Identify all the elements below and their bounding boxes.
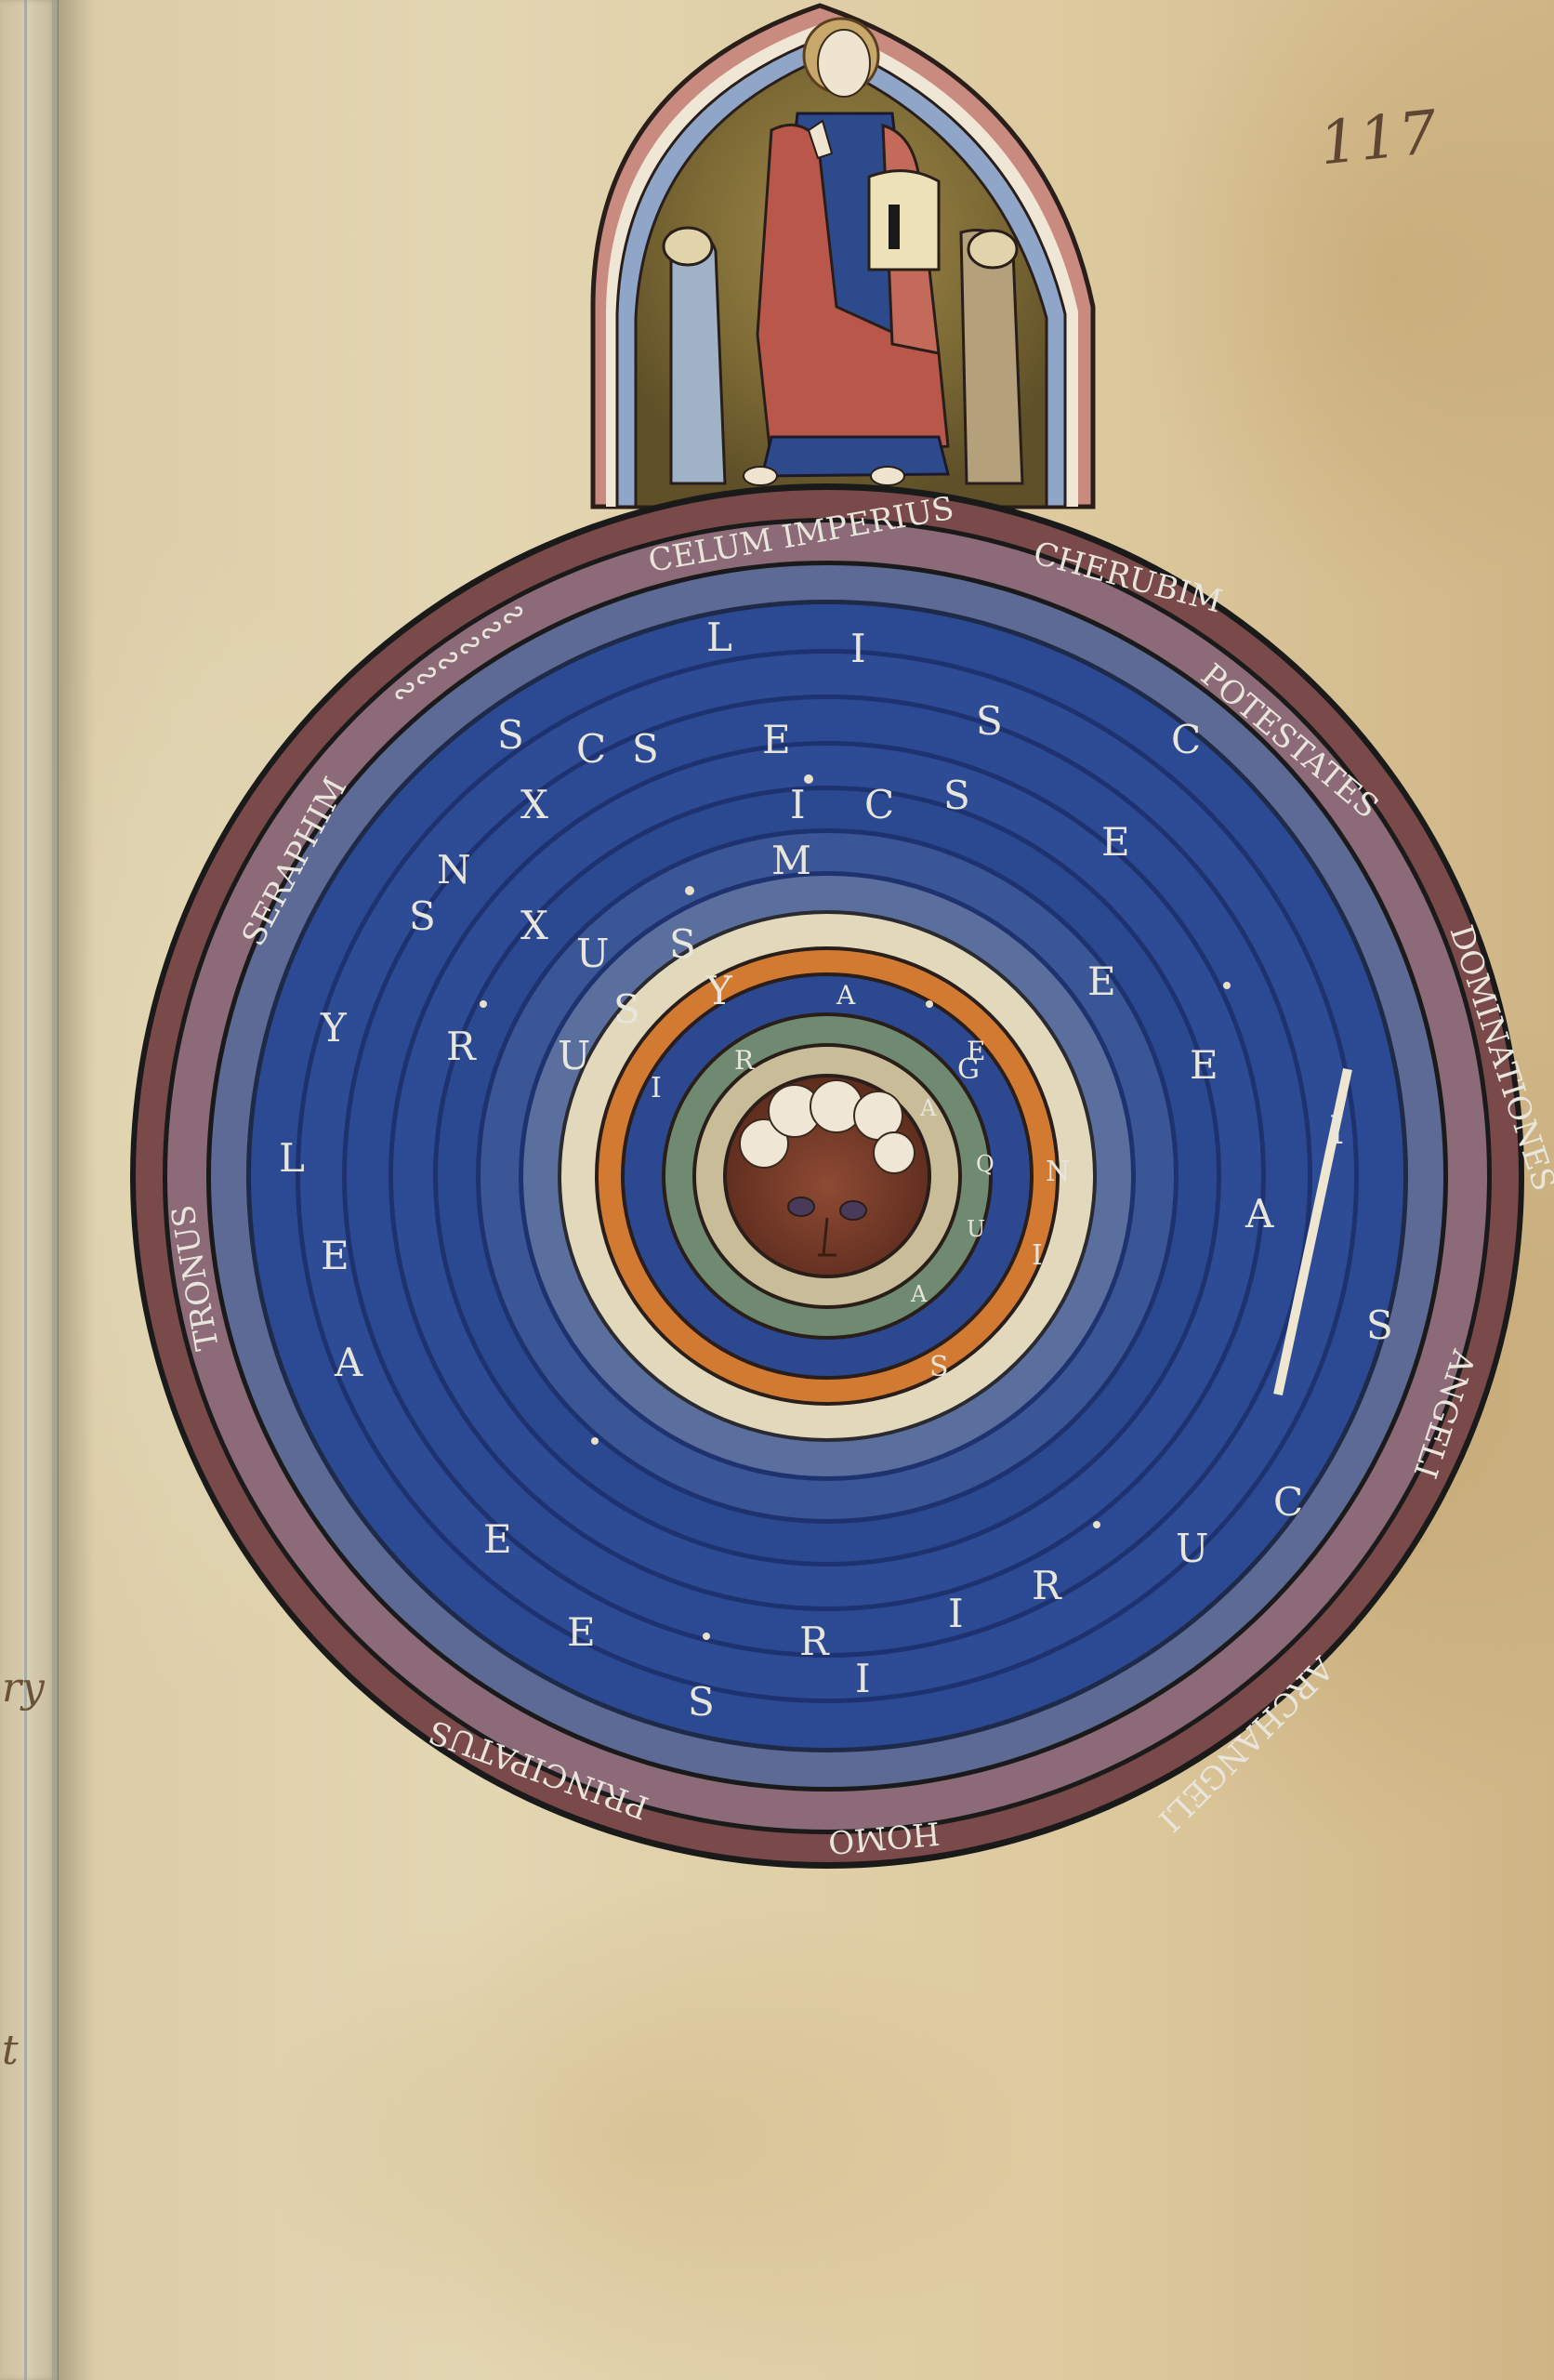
eye-icon — [840, 1201, 866, 1220]
svg-text:I: I — [1329, 1107, 1345, 1153]
svg-text:E: E — [321, 1233, 349, 1278]
svg-text:R: R — [799, 1619, 830, 1664]
svg-text:U: U — [576, 931, 609, 976]
svg-text:E: E — [483, 1516, 512, 1562]
svg-text:C: C — [1171, 717, 1201, 762]
svg-text:S: S — [929, 1351, 949, 1383]
svg-text:I: I — [850, 626, 866, 671]
svg-text:S: S — [669, 921, 696, 967]
svg-text:N: N — [1046, 1156, 1070, 1188]
svg-text:R: R — [1032, 1563, 1062, 1608]
svg-text:X: X — [520, 782, 548, 827]
svg-text:A: A — [910, 1281, 928, 1307]
svg-text:R: R — [446, 1024, 477, 1069]
svg-text:E: E — [567, 1609, 596, 1655]
svg-text:X: X — [520, 903, 548, 948]
svg-text:S: S — [497, 712, 524, 758]
svg-text:Q: Q — [976, 1151, 994, 1177]
svg-text:A: A — [334, 1340, 363, 1385]
svg-text:C: C — [1273, 1479, 1303, 1525]
svg-text:S: S — [943, 773, 970, 818]
svg-text:S: S — [632, 726, 659, 772]
svg-text:I: I — [790, 782, 806, 827]
svg-text:A: A — [919, 1095, 937, 1121]
svg-text:L: L — [706, 615, 732, 660]
svg-text:E: E — [1190, 1042, 1218, 1088]
svg-text:M: M — [771, 838, 811, 883]
svg-text:S: S — [688, 1679, 715, 1725]
svg-text:R: R — [734, 1045, 755, 1076]
svg-text:U: U — [558, 1033, 590, 1078]
svg-text:E: E — [967, 1036, 985, 1066]
christ-enthroned-miniature — [593, 6, 1093, 507]
svg-text:C: C — [576, 726, 606, 772]
svg-text:I: I — [651, 1072, 662, 1104]
svg-text:E: E — [1087, 959, 1116, 1004]
svg-text:L: L — [279, 1135, 305, 1181]
svg-text:I: I — [948, 1591, 964, 1636]
lion-head-icon — [968, 231, 1017, 268]
svg-text:S: S — [976, 698, 1003, 744]
svg-text:I: I — [855, 1656, 871, 1701]
lion-head-icon — [664, 228, 712, 265]
svg-text:A: A — [1245, 1191, 1274, 1236]
svg-text:S: S — [1366, 1302, 1393, 1348]
cosmological-diagram: CELUM IMPERIUS CHERUBIM POTESTATES DOMIN… — [0, 0, 1554, 2380]
svg-text:N: N — [437, 847, 471, 892]
svg-text:Y: Y — [705, 968, 733, 1013]
svg-text:I: I — [1032, 1239, 1043, 1272]
svg-text:S: S — [613, 986, 640, 1032]
svg-text:C: C — [864, 782, 894, 827]
svg-text:A: A — [836, 980, 856, 1011]
book-icon — [869, 171, 939, 270]
svg-text:E: E — [1101, 819, 1130, 865]
svg-text:Y: Y — [320, 1005, 348, 1051]
svg-text:U: U — [1176, 1526, 1208, 1571]
eye-icon — [788, 1197, 814, 1216]
svg-text:E: E — [762, 717, 791, 762]
svg-text:S: S — [409, 893, 436, 939]
svg-text:U: U — [967, 1216, 985, 1242]
